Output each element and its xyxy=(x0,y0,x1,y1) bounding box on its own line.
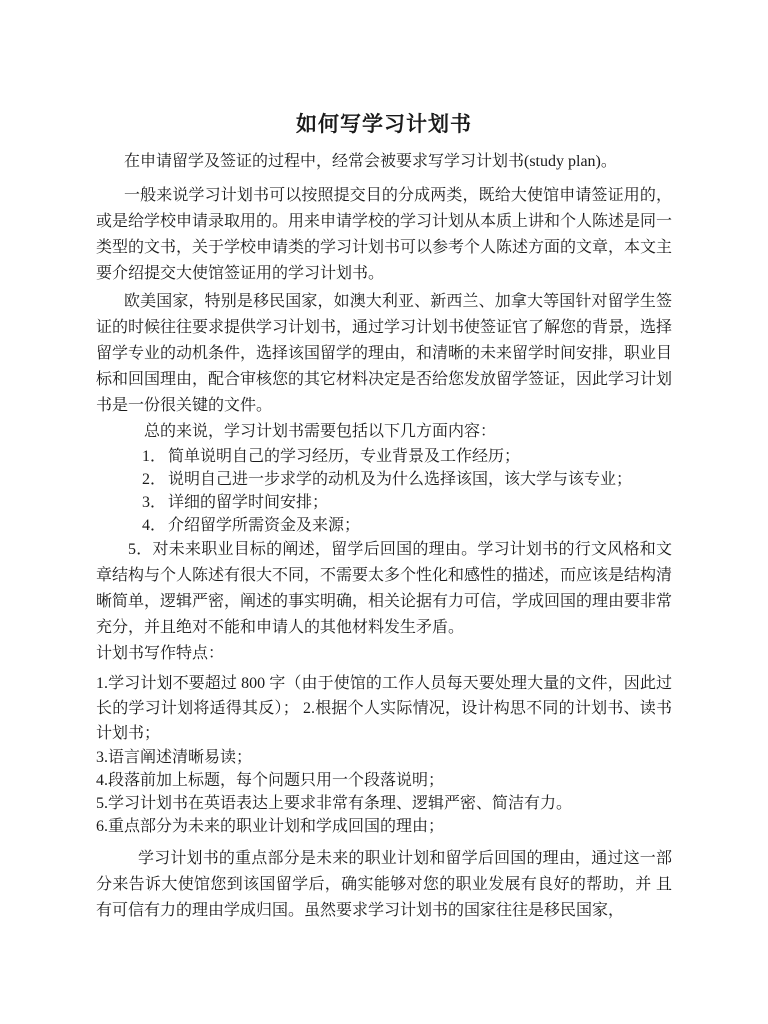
list-item-2-number: 2． xyxy=(142,468,166,491)
content-list: 1． 简单说明自己的学习经历，专业背景及工作经历； 2． 说明自己进一步求学的动… xyxy=(96,445,672,537)
feature-lines: 3.语言阐述清晰易读； 4.段落前加上标题，每个问题只用一个段落说明； 5.学习… xyxy=(96,746,672,838)
document-title-text: 如何写学习计划书 xyxy=(296,112,472,136)
feature-line-5: 5.学习计划书在英语表达上要求非常有条理、逻辑严密、简洁有力。 xyxy=(96,792,672,815)
list-item-2: 2． 说明自己进一步求学的动机及为什么选择该国，该大学与该专业； xyxy=(96,468,672,491)
list-item-2-text: 说明自己进一步求学的动机及为什么选择该国，该大学与该专业； xyxy=(168,471,632,488)
features-heading: 计划书写作特点： xyxy=(96,641,672,667)
list-item-3: 3． 详细的留学时间安排； xyxy=(96,491,672,514)
list-item-4-number: 4． xyxy=(142,514,166,537)
list-item-3-text: 详细的留学时间安排； xyxy=(168,494,328,511)
list-item-1-text: 简单说明自己的学习经历，专业背景及工作经历； xyxy=(168,448,520,465)
paragraph-countries: 欧美国家，特别是移民国家，如澳大利亚、新西兰、加拿大等国针对留学生签证的时候往往… xyxy=(96,289,672,419)
list-item-4-text: 介绍留学所需资金及来源； xyxy=(168,517,360,534)
paragraph-two-types: 一般来说学习计划书可以按照提交目的分成两类，既给大使馆申请签证用的，或是给学校申… xyxy=(96,183,672,287)
paragraph-closing: 学习计划书的重点部分是未来的职业计划和留学后回国的理由，通过这一部分来告诉大使馆… xyxy=(96,846,672,924)
list-item-1-number: 1． xyxy=(142,445,166,468)
feature-line-6: 6.重点部分为未来的职业计划和学成回国的理由； xyxy=(96,815,672,838)
list-item-4: 4． 介绍留学所需资金及来源； xyxy=(96,514,672,537)
feature-line-4: 4.段落前加上标题，每个问题只用一个段落说明； xyxy=(96,769,672,792)
paragraph-intro: 在申请留学及签证的过程中，经常会被要求写学习计划书(study plan)。 xyxy=(96,149,672,175)
paragraph-item5: 5．对未来职业目标的阐述，留学后回国的理由。学习计划书的行文风格和文章结构与个人… xyxy=(96,537,672,641)
paragraph-features-intro: 1.学习计划不要超过 800 字（由于使馆的工作人员每天要处理大量的文件，因此过… xyxy=(96,671,672,746)
list-item-3-number: 3． xyxy=(142,491,166,514)
document-title: 如何写学习计划书 xyxy=(96,112,672,136)
paragraph-summary-lead: 总的来说，学习计划书需要包括以下几方面内容： xyxy=(96,419,672,445)
feature-line-3: 3.语言阐述清晰易读； xyxy=(96,746,672,769)
document-page: 如何写学习计划书 在申请留学及签证的过程中，经常会被要求写学习计划书(study… xyxy=(0,0,768,1024)
list-item-1: 1． 简单说明自己的学习经历，专业背景及工作经历； xyxy=(96,445,672,468)
